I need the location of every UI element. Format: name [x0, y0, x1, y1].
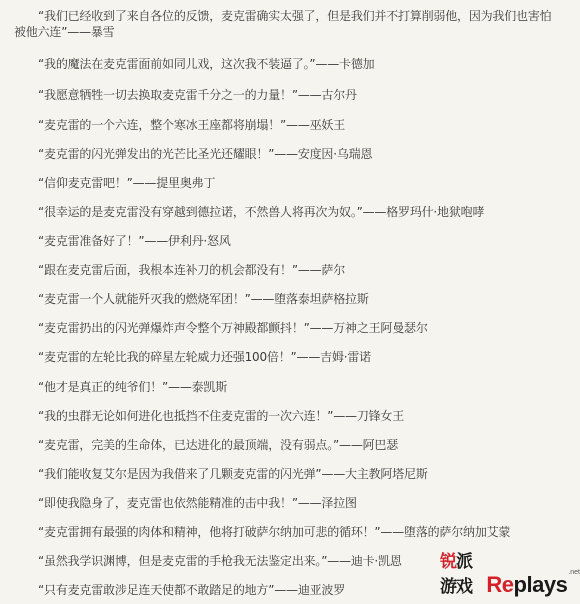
watermark-accent-char: 锐 [440, 552, 456, 572]
quote-paragraph: “麦克雷拥有最强的肉体和精神，他将打破萨尔纳加可悲的循环！”——堕落的萨尔纳加艾… [0, 524, 528, 540]
quote-paragraph: “虽然我学识渊博，但是麦克雷的手枪我无法鉴定出来。”——迪卡·凯恩 [0, 553, 420, 569]
quote-paragraph: “麦克雷一个人就能歼灭我的燃烧军团！”——堕落泰坦萨格拉斯 [0, 291, 387, 307]
quote-paragraph: “跟在麦克雷后面，我根本连补刀的机会都没有！”——萨尔 [0, 262, 363, 278]
replays-watermark-logo: 锐派游戏 Replays .net [440, 569, 580, 597]
watermark-chinese-name: 锐派游戏 [440, 547, 486, 597]
quote-paragraph: “信仰麦克雷吧！”——提里奥弗丁 [0, 175, 233, 191]
quote-paragraph: “麦克雷扔出的闪光弹爆炸声令整个万神殿都颤抖！”——万神之王阿曼瑟尔 [0, 320, 446, 336]
quote-paragraph: “麦克雷的一个六连，整个寒冰王座都将崩塌！”——巫妖王 [0, 117, 363, 133]
quote-paragraph: “我们已经收到了来自各位的反馈，麦克雷确实太强了，但是我们并不打算削弱他，因为我… [0, 8, 580, 40]
quote-paragraph: “我的魔法在麦克雷面前如同儿戏，这次我不装逼了。”——卡德加 [0, 56, 392, 72]
quote-paragraph: “很幸运的是麦克雷没有穿越到德拉诺，不然兽人将再次为奴。”——格罗玛什·地狱咆哮 [0, 204, 502, 220]
quote-paragraph: “即使我隐身了，麦克雷也依然能精准的击中我！”——泽拉图 [0, 495, 375, 511]
quote-paragraph: “只有麦克雷敢涉足连天使都不敢踏足的地方”——迪亚波罗 [0, 582, 363, 598]
quote-paragraph: “他才是真正的纯爷们！”——泰凯斯 [0, 379, 245, 395]
quote-paragraph: “麦克雷准备好了！”——伊利丹·怒风 [0, 233, 249, 249]
quote-paragraph: “麦克雷的左轮比我的碎星左轮威力还强100倍！”——吉姆·雷诺 [0, 349, 389, 365]
quote-paragraph: “麦克雷，完美的生命体，已达进化的最顶端，没有弱点。”——阿巴瑟 [0, 437, 416, 453]
quote-paragraph: “我的虫群无论如何进化也抵挡不住麦克雷的一次六连！”——刀锋女王 [0, 408, 422, 424]
watermark-english-name: Replays [486, 573, 567, 597]
watermark-plays: plays [514, 572, 568, 597]
quote-paragraph: “我们能收复艾尔是因为我借来了几颗麦克雷的闪光弹”——大主教阿塔尼斯 [0, 466, 446, 482]
quote-paragraph: “麦克雷的闪光弹发出的光芒比圣光还耀眼！”——安度因·乌瑞恩 [0, 146, 390, 162]
watermark-net-suffix: .net [568, 569, 580, 576]
quote-paragraph: “我愿意牺牲一切去换取麦克雷千分之一的力量！”——古尔丹 [0, 87, 375, 103]
watermark-re: Re [486, 572, 513, 597]
